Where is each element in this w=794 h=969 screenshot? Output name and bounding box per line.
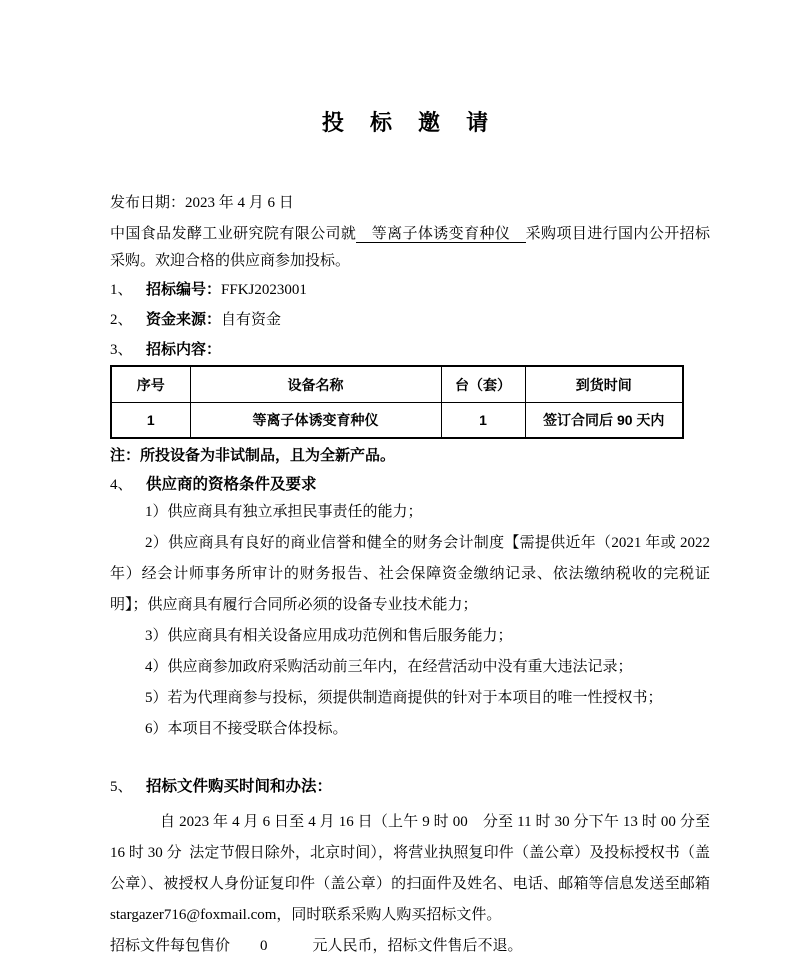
qualification-item: 6）本项目不接受联合体投标。 [110,714,710,745]
section-number: 4、 [110,473,146,497]
qualification-item: 4）供应商参加政府采购活动前三年内，在经营活动中没有重大违法记录； [110,652,710,683]
intro-text-before: 中国食品发酵工业研究院有限公司就 [110,226,356,242]
tender-number-value: FFKJ2023001 [221,282,307,298]
note-line: 注：所投设备为非试制品，且为全新产品。 [110,445,710,467]
data-cell-sequence: 1 [111,403,190,439]
tender-content-item: 3、招标内容： [110,335,710,365]
qualification-item: 5）若为代理商参与投标，须提供制造商提供的针对于本项目的唯一性授权书； [110,683,710,714]
intro-paragraph: 中国食品发酵工业研究院有限公司就 等离子体诱变育种仪 采购项目进行国内公开招标采… [110,221,710,275]
data-cell-quantity: 1 [441,403,525,439]
table-header-row: 序号 设备名称 台（套） 到货时间 [111,366,683,403]
tender-number-label: 招标编号： [146,281,221,298]
header-cell-sequence: 序号 [111,366,190,403]
funding-source-label: 资金来源： [146,311,221,328]
item-number: 1、 [110,275,146,305]
document-page: 投 标 邀 请 发布日期：2023 年 4 月 6 日 中国食品发酵工业研究院有… [0,0,794,969]
publish-date-line: 发布日期：2023 年 4 月 6 日 [110,190,710,216]
header-cell-delivery-time: 到货时间 [525,366,683,403]
qualification-item: 2）供应商具有良好的商业信誉和健全的财务会计制度【需提供近年（2021 年或 2… [110,528,710,621]
data-cell-delivery-time: 签订合同后 90 天内 [525,403,683,439]
equipment-table: 序号 设备名称 台（套） 到货时间 1 等离子体诱变育种仪 1 签订合同后 90… [110,365,684,439]
qualification-item: 1）供应商具有独立承担民事责任的能力； [110,497,710,528]
publish-date-label: 发布日期： [110,195,185,211]
item-number: 3、 [110,335,146,365]
tender-number-item: 1、招标编号：FFKJ2023001 [110,275,710,305]
funding-source-item: 2、资金来源：自有资金 [110,305,710,335]
purchase-heading: 5、招标文件购买时间和办法： [110,775,710,799]
qualification-title: 供应商的资格条件及要求 [146,476,317,493]
project-name-underlined: 等离子体诱变育种仪 [356,226,525,243]
section-number: 5、 [110,775,146,799]
header-cell-equipment-name: 设备名称 [190,366,441,403]
purchase-title: 招标文件购买时间和办法： [146,778,332,795]
qualification-heading: 4、供应商的资格条件及要求 [110,473,710,497]
document-title: 投 标 邀 请 [110,108,710,138]
tender-content-label: 招标内容： [146,341,221,358]
item-number: 2、 [110,305,146,335]
purchase-paragraph: 自 2023 年 4 月 6 日至 4 月 16 日（上午 9 时 00 分至 … [110,807,710,931]
document-price-line: 招标文件每包售价 0 元人民币，招标文件售后不退。 [110,931,710,962]
qualification-item: 3）供应商具有相关设备应用成功范例和售后服务能力； [110,621,710,652]
header-cell-quantity: 台（套） [441,366,525,403]
funding-source-value: 自有资金 [221,312,281,328]
data-cell-equipment-name: 等离子体诱变育种仪 [190,403,441,439]
publish-date-value: 2023 年 4 月 6 日 [185,195,294,211]
table-row: 1 等离子体诱变育种仪 1 签订合同后 90 天内 [111,403,683,439]
